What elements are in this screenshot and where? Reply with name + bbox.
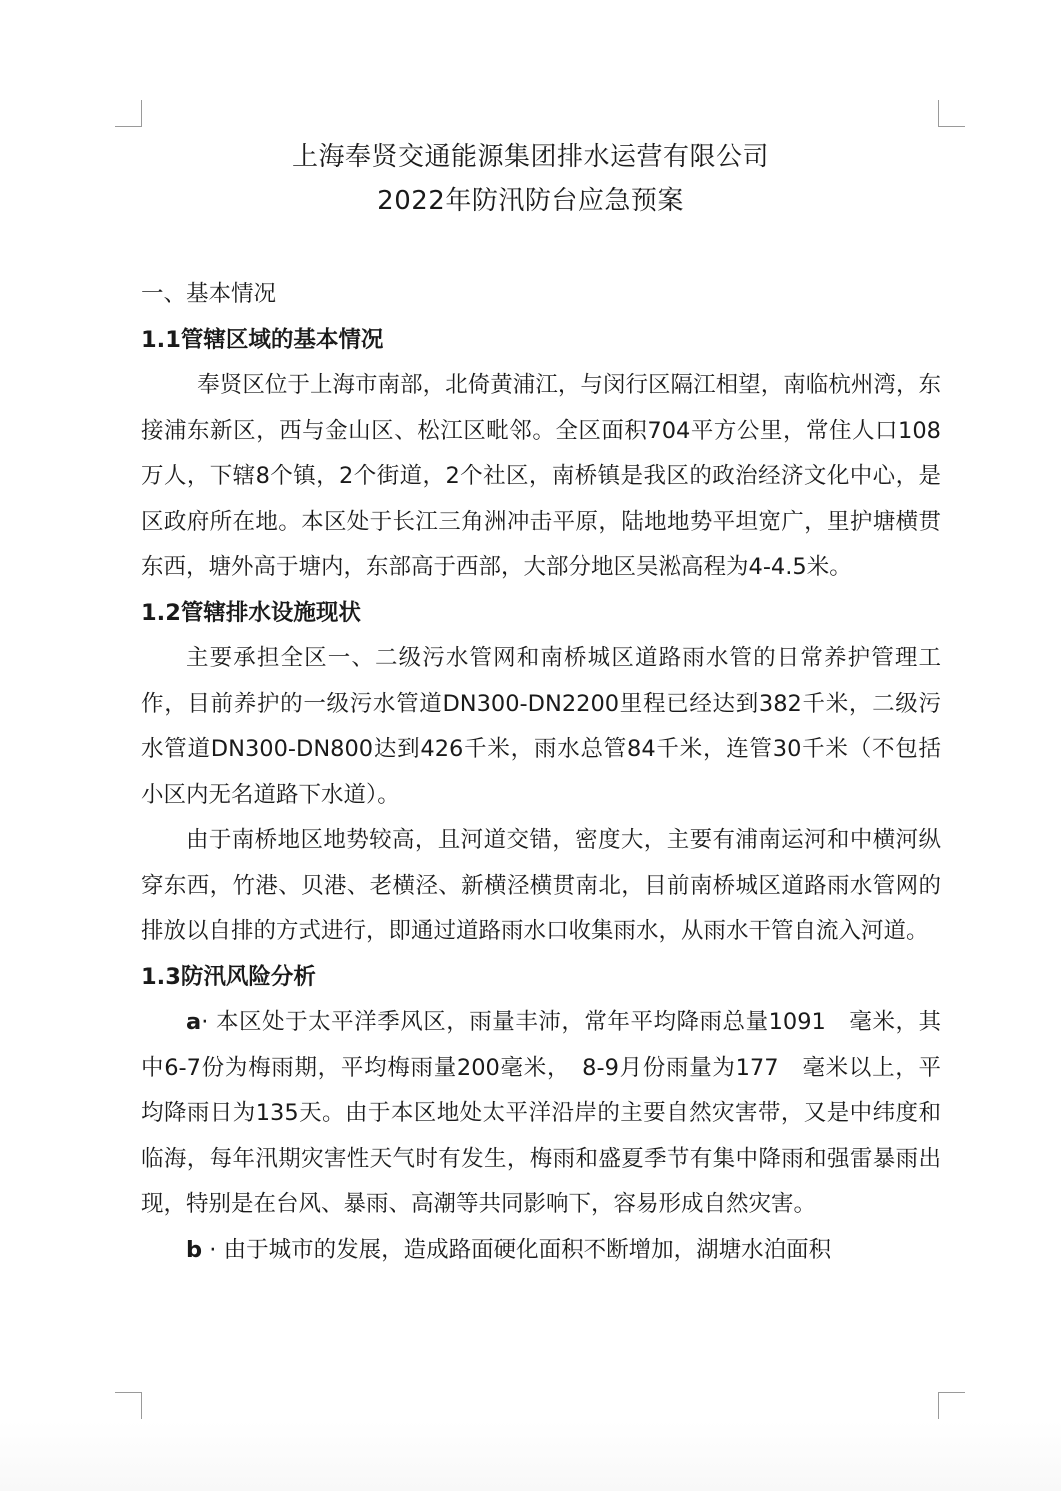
item-label-b: b — [186, 1237, 202, 1263]
section-heading-basic-info: 一、基本情况 — [141, 272, 941, 318]
subsection-heading-1-1: 1.1管辖区域的基本情况 — [141, 318, 941, 364]
crop-mark-top-left — [115, 100, 142, 127]
subsection-heading-1-2: 1.2管辖排水设施现状 — [141, 591, 941, 637]
page-bottom-background — [0, 1421, 1061, 1491]
paragraph-area-overview: 奉贤区位于上海市南部，北倚黄浦江，与闵行区隔江相望，南临杭州湾，东接浦东新区，西… — [141, 363, 941, 591]
document-title-line2: 2022年防汛防台应急预案 — [0, 180, 1061, 217]
paragraph-risk-b: b · 由于城市的发展，造成路面硬化面积不断增加，湖塘水泊面积 — [141, 1228, 941, 1274]
item-label-a: a — [186, 1009, 201, 1035]
crop-mark-bottom-left — [115, 1392, 142, 1419]
crop-mark-bottom-right — [938, 1392, 965, 1419]
document-title-line1: 上海奉贤交通能源集团排水运营有限公司 — [0, 136, 1061, 173]
item-text-a: · 本区处于太平洋季风区，雨量丰沛，常年平均降雨总量1091 毫米，其中6-7份… — [141, 1009, 941, 1217]
paragraph-risk-a: a· 本区处于太平洋季风区，雨量丰沛，常年平均降雨总量1091 毫米，其中6-7… — [141, 1000, 941, 1228]
crop-mark-top-right — [938, 100, 965, 127]
paragraph-drainage-facilities: 主要承担全区一、二级污水管网和南桥城区道路雨水管的日常养护管理工作，目前养护的一… — [141, 636, 941, 818]
document-body: 一、基本情况 1.1管辖区域的基本情况 奉贤区位于上海市南部，北倚黄浦江，与闵行… — [141, 272, 941, 1273]
item-text-b: · 由于城市的发展，造成路面硬化面积不断增加，湖塘水泊面积 — [202, 1237, 831, 1263]
paragraph-nanqiao-terrain: 由于南桥地区地势较高，且河道交错，密度大，主要有浦南运河和中横河纵穿东西，竹港、… — [141, 818, 941, 955]
subsection-heading-1-3: 1.3防汛风险分析 — [141, 955, 941, 1001]
